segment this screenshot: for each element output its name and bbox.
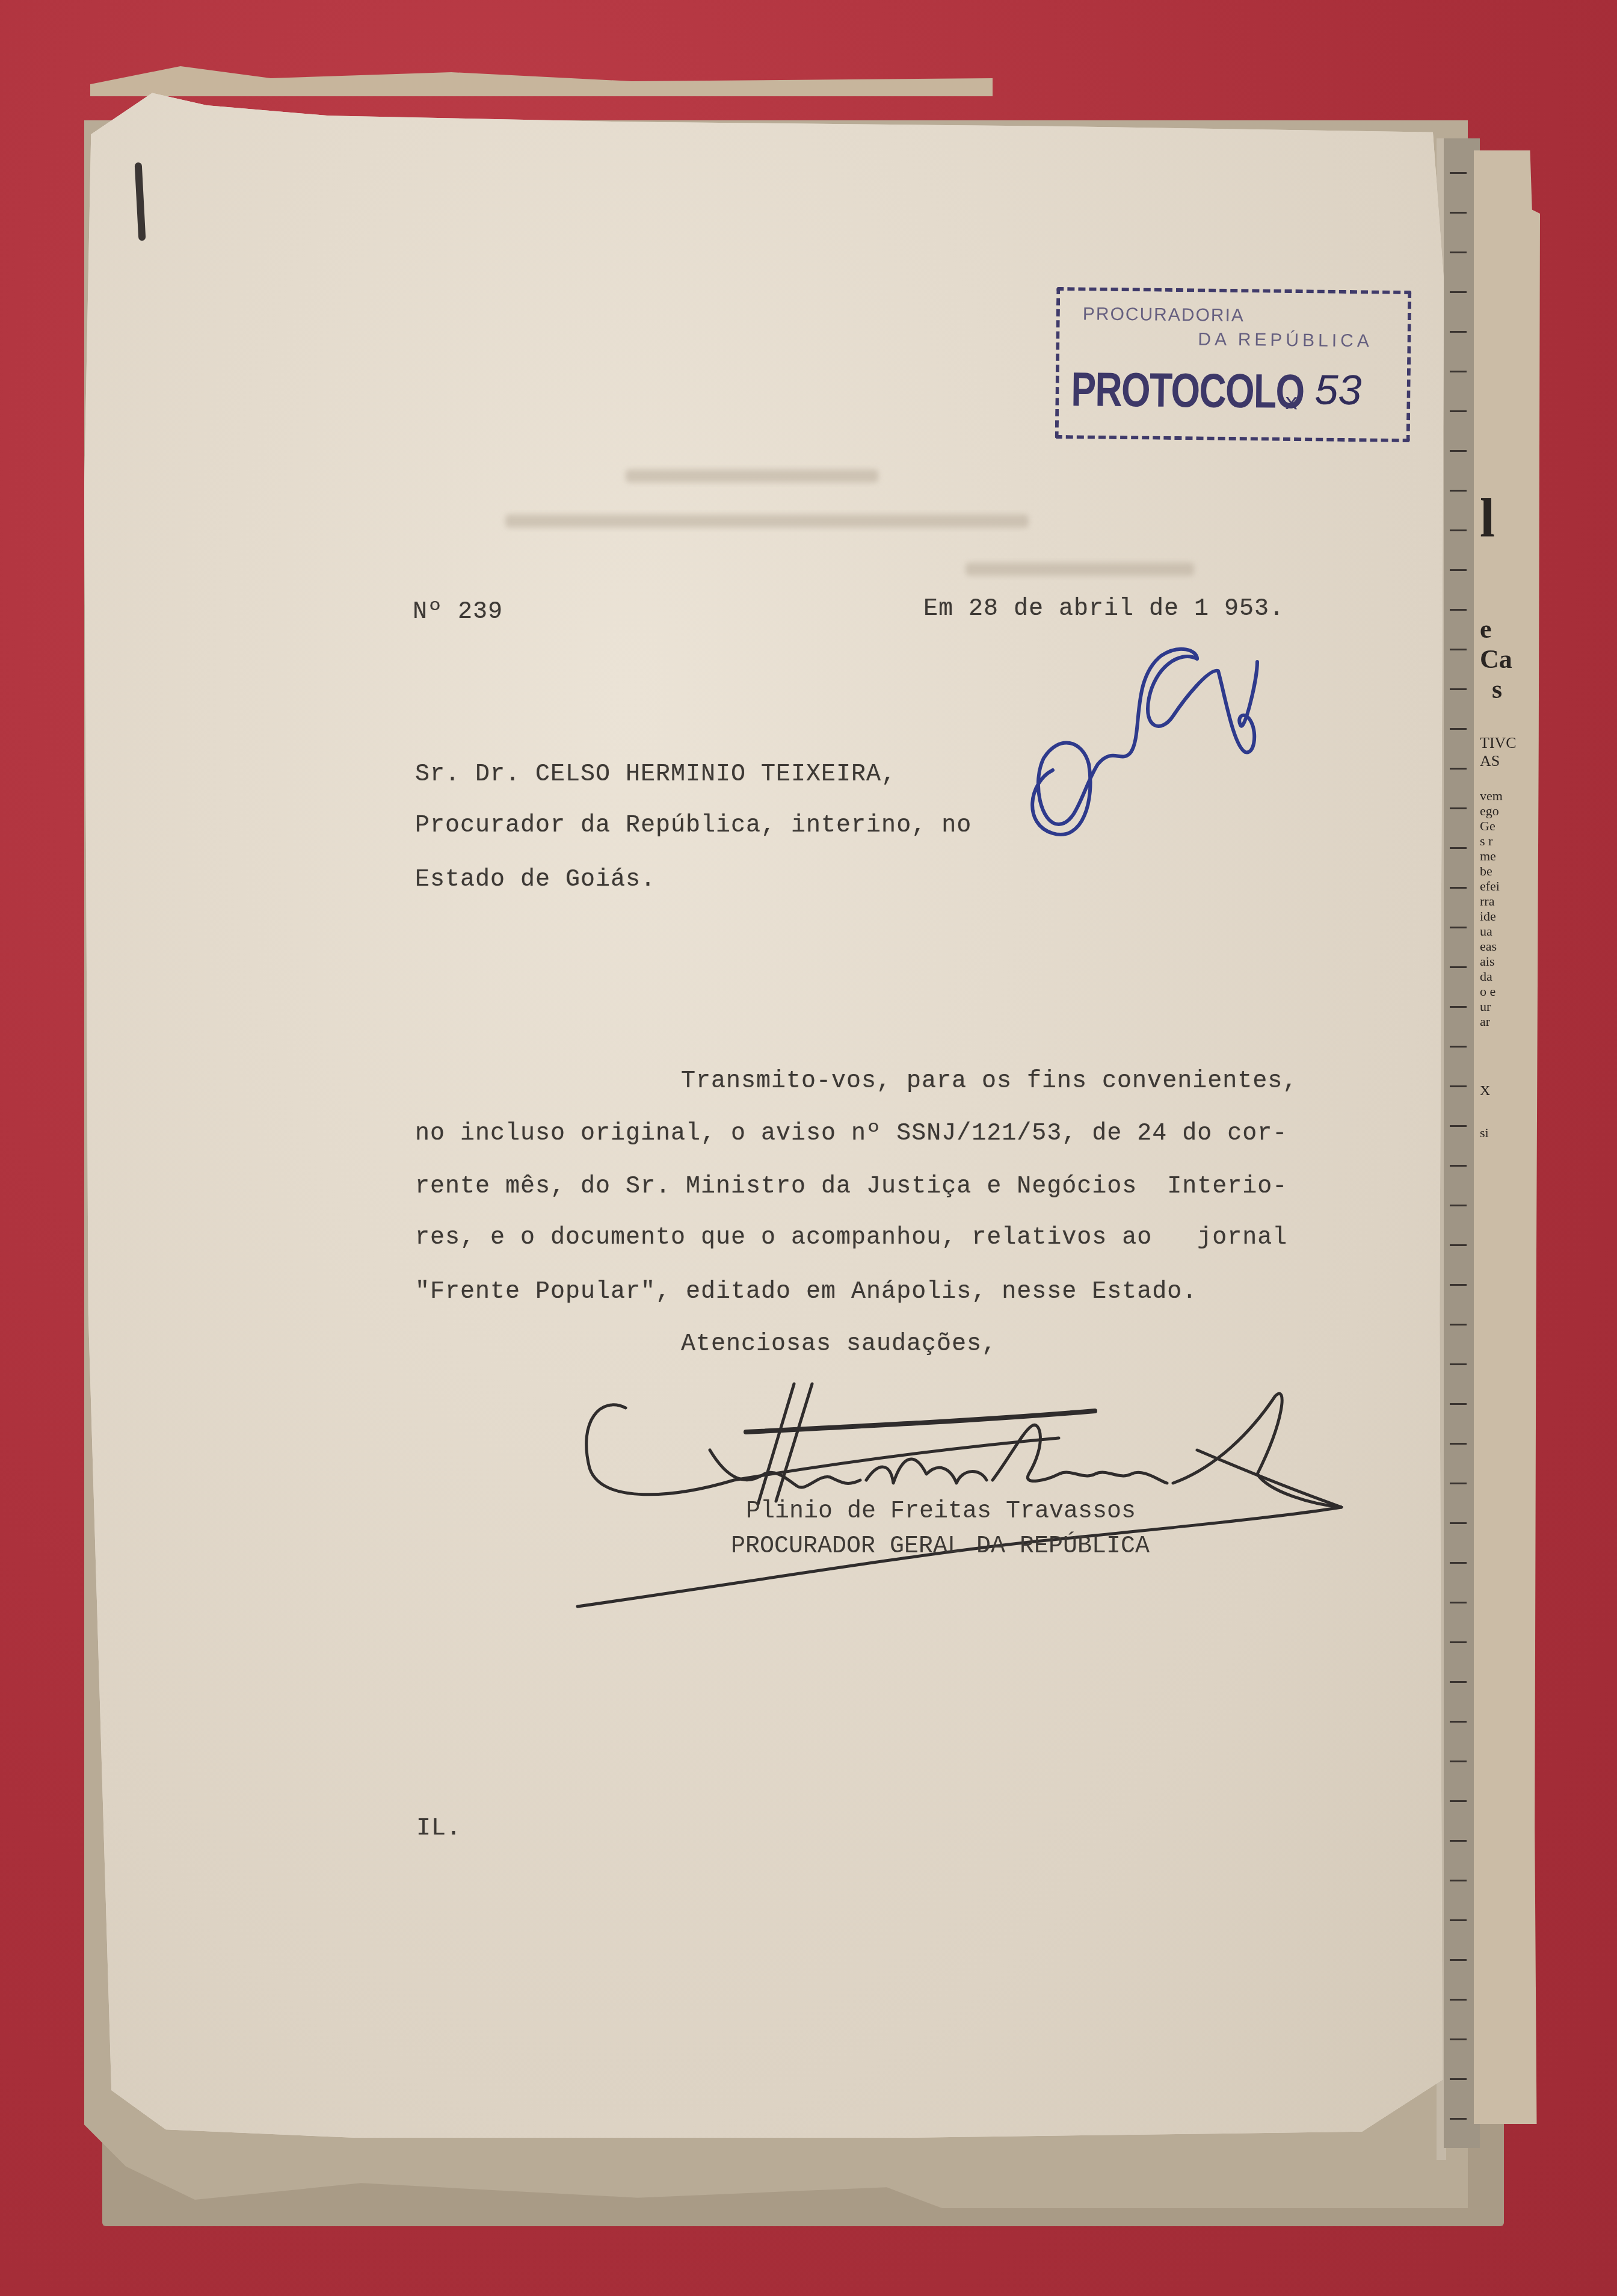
newspaper-text: ar — [1480, 1014, 1490, 1029]
body-line: res, e o documento que o acompanhou, rel… — [415, 1224, 1287, 1251]
body-line: "Frente Popular", editado em Anápolis, n… — [415, 1279, 1197, 1306]
body-line: rente mês, do Sr. Ministro da Justiça e … — [415, 1173, 1287, 1200]
recipient-line-3: Estado de Goiás. — [415, 866, 656, 893]
newspaper-text: ego — [1480, 803, 1499, 819]
newspaper-text: eas — [1480, 939, 1497, 954]
typist-initials: IL. — [416, 1815, 461, 1842]
newspaper-text: ais — [1480, 954, 1494, 969]
newspaper-fragment: l e Ca s TIVC AS vem ego Ge s r me be ef… — [1474, 150, 1540, 2124]
newspaper-text: ide — [1480, 909, 1496, 924]
newspaper-text: me — [1480, 848, 1496, 864]
signatory-name: Plinio de Freitas Travassos — [746, 1498, 1136, 1525]
body-line: no incluso original, o aviso nº SSNJ/121… — [415, 1120, 1287, 1147]
newspaper-text: Ca — [1480, 644, 1512, 674]
faded-letterhead-line — [505, 514, 1029, 528]
newspaper-text: rra — [1480, 893, 1494, 909]
handwritten-arq-annotation-icon — [1017, 644, 1257, 848]
newspaper-text: da — [1480, 969, 1492, 984]
newspaper-text: be — [1480, 863, 1492, 879]
newspaper-text: s r — [1480, 833, 1492, 849]
protocol-stamp: PROCURADORIA DA REPÚBLICA PROTOCOLO x 53 — [1055, 287, 1412, 442]
newspaper-text: efei — [1480, 878, 1500, 894]
stamp-label: PROTOCOLO — [1071, 362, 1304, 419]
newspaper-text: ua — [1480, 924, 1492, 939]
newspaper-text: e — [1480, 614, 1492, 644]
newspaper-text: o e — [1480, 984, 1495, 999]
newspaper-text: X — [1480, 1083, 1490, 1099]
body-line: Transmito-vos, para os fins convenientes… — [681, 1068, 1298, 1095]
newspaper-text: AS — [1480, 752, 1500, 770]
stamp-line-2: DA REPÚBLICA — [1198, 329, 1373, 351]
torn-top-edge — [90, 66, 993, 96]
stamp-number: 53 — [1314, 365, 1362, 414]
newspaper-text: ur — [1480, 999, 1491, 1014]
newspaper-text: TIVC — [1480, 734, 1517, 752]
closing-salutation: Atenciosas saudações, — [681, 1331, 997, 1358]
stamp-line-1: PROCURADORIA — [1083, 304, 1245, 326]
letter-date: Em 28 de abril de 1 953. — [923, 596, 1284, 623]
newspaper-text: si — [1480, 1125, 1489, 1141]
stamp-prefix: x — [1284, 390, 1298, 416]
faded-letterhead-line — [626, 469, 878, 483]
newspaper-text: l — [1480, 487, 1495, 549]
newspaper-text: Ge — [1480, 818, 1495, 834]
faded-letterhead-line — [966, 563, 1194, 576]
newspaper-text: s — [1492, 674, 1502, 705]
letter-number: Nº 239 — [413, 599, 503, 626]
newspaper-text: vem — [1480, 788, 1503, 804]
recipient-line-2: Procurador da República, interino, no — [415, 812, 972, 839]
recipient-line-1: Sr. Dr. CELSO HERMINIO TEIXEIRA, — [415, 761, 896, 788]
signatory-title: PROCURADOR GERAL DA REPÚBLICA — [731, 1533, 1150, 1560]
